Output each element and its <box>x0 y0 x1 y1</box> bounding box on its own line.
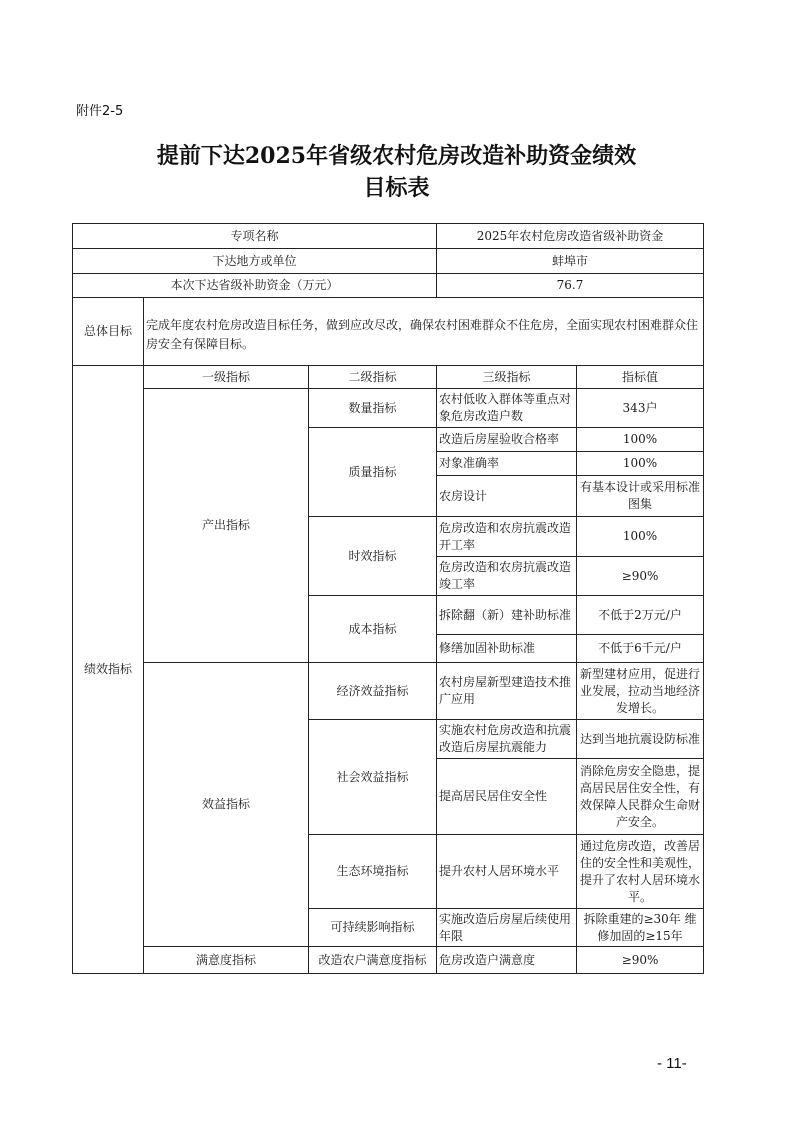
level3-cell: 对象准确率 <box>437 452 577 476</box>
level2-social: 社会效益指标 <box>309 720 437 835</box>
level3-cell: 实施农村危房改造和抗震改造后房屋抗震能力 <box>437 720 577 759</box>
row-recipient: 下达地方或单位 蚌埠市 <box>73 249 704 274</box>
level3-cell: 农村低收入群体等重点对象危房改造户数 <box>437 389 577 428</box>
header-level3: 三级指标 <box>437 366 577 389</box>
level3-cell: 农村房屋新型建造技术推广应用 <box>437 663 577 720</box>
title-line-2: 目标表 <box>60 172 733 204</box>
level1-output: 产出指标 <box>144 389 309 663</box>
header-value: 指标值 <box>577 366 704 389</box>
row-project-name: 专项名称 2025年农村危房改造省级补助资金 <box>73 224 704 249</box>
level3-cell: 危房改造户满意度 <box>437 947 577 974</box>
value-cell: 100% <box>577 517 704 557</box>
attachment-label: 附件2-5 <box>76 100 123 119</box>
level3-cell: 提升农村人居环境水平 <box>437 835 577 909</box>
level2-ecological: 生态环境指标 <box>309 835 437 909</box>
amount-value: 76.7 <box>437 274 704 298</box>
recipient-value: 蚌埠市 <box>437 249 704 274</box>
level1-benefit: 效益指标 <box>144 663 309 947</box>
overall-goal-text: 完成年度农村危房改造目标任务，做到应改尽改，确保农村困难群众不住危房，全面实现农… <box>144 298 704 366</box>
amount-label: 本次下达省级补助资金（万元） <box>73 274 437 298</box>
table-row: 效益指标 经济效益指标 农村房屋新型建造技术推广应用 新型建材应用，促进行业发展… <box>73 663 704 720</box>
level3-cell: 提高居民居住安全性 <box>437 759 577 835</box>
table-row: 产出指标 数量指标 农村低收入群体等重点对象危房改造户数 343户 <box>73 389 704 428</box>
row-amount: 本次下达省级补助资金（万元） 76.7 <box>73 274 704 298</box>
value-cell: 343户 <box>577 389 704 428</box>
level2-quantity: 数量指标 <box>309 389 437 428</box>
level2-sustainable: 可持续影响指标 <box>309 909 437 947</box>
level2-quality: 质量指标 <box>309 428 437 517</box>
performance-target-table: 专项名称 2025年农村危房改造省级补助资金 下达地方或单位 蚌埠市 本次下达省… <box>72 223 704 974</box>
indicator-header-row: 绩效指标 一级指标 二级指标 三级指标 指标值 <box>73 366 704 389</box>
value-cell: 达到当地抗震设防标准 <box>577 720 704 759</box>
value-cell: 不低于2万元/户 <box>577 596 704 635</box>
level3-cell: 改造后房屋验收合格率 <box>437 428 577 452</box>
level3-cell: 修缮加固补助标准 <box>437 635 577 663</box>
value-cell: 100% <box>577 428 704 452</box>
value-cell: 不低于6千元/户 <box>577 635 704 663</box>
value-cell: 有基本设计或采用标准图集 <box>577 476 704 517</box>
row-overall-goal: 总体目标 完成年度农村危房改造目标任务，做到应改尽改，确保农村困难群众不住危房，… <box>73 298 704 366</box>
value-cell: 通过危房改造，改善居住的安全性和美观性，提升了农村人居环境水平。 <box>577 835 704 909</box>
project-name-value: 2025年农村危房改造省级补助资金 <box>437 224 704 249</box>
level3-cell: 农房设计 <box>437 476 577 517</box>
level3-cell: 拆除翻（新）建补助标准 <box>437 596 577 635</box>
level2-satisfaction: 改造农户满意度指标 <box>309 947 437 974</box>
page-number: - 11- <box>657 1055 687 1072</box>
value-cell: ≥90% <box>577 557 704 596</box>
value-cell: 新型建材应用，促进行业发展，拉动当地经济发增长。 <box>577 663 704 720</box>
value-cell: 拆除重建的≥30年 维修加固的≥15年 <box>577 909 704 947</box>
level2-cost: 成本指标 <box>309 596 437 663</box>
recipient-label: 下达地方或单位 <box>73 249 437 274</box>
overall-goal-label: 总体目标 <box>73 298 144 366</box>
header-level2: 二级指标 <box>309 366 437 389</box>
level1-satisfaction: 满意度指标 <box>144 947 309 974</box>
header-level1: 一级指标 <box>144 366 309 389</box>
title-line-1: 提前下达2025年省级农村危房改造补助资金绩效 <box>60 140 733 172</box>
level2-timeliness: 时效指标 <box>309 517 437 596</box>
value-cell: 消除危房安全隐患，提高居民居住安全性，有效保障人民群众生命财产安全。 <box>577 759 704 835</box>
table-row: 满意度指标 改造农户满意度指标 危房改造户满意度 ≥90% <box>73 947 704 974</box>
level3-cell: 危房改造和农房抗震改造竣工率 <box>437 557 577 596</box>
project-name-label: 专项名称 <box>73 224 437 249</box>
document-title: 提前下达2025年省级农村危房改造补助资金绩效 目标表 <box>60 140 733 204</box>
performance-indicators-label: 绩效指标 <box>73 366 144 974</box>
level3-cell: 危房改造和农房抗震改造开工率 <box>437 517 577 557</box>
level2-economic: 经济效益指标 <box>309 663 437 720</box>
value-cell: ≥90% <box>577 947 704 974</box>
value-cell: 100% <box>577 452 704 476</box>
level3-cell: 实施改造后房屋后续使用年限 <box>437 909 577 947</box>
